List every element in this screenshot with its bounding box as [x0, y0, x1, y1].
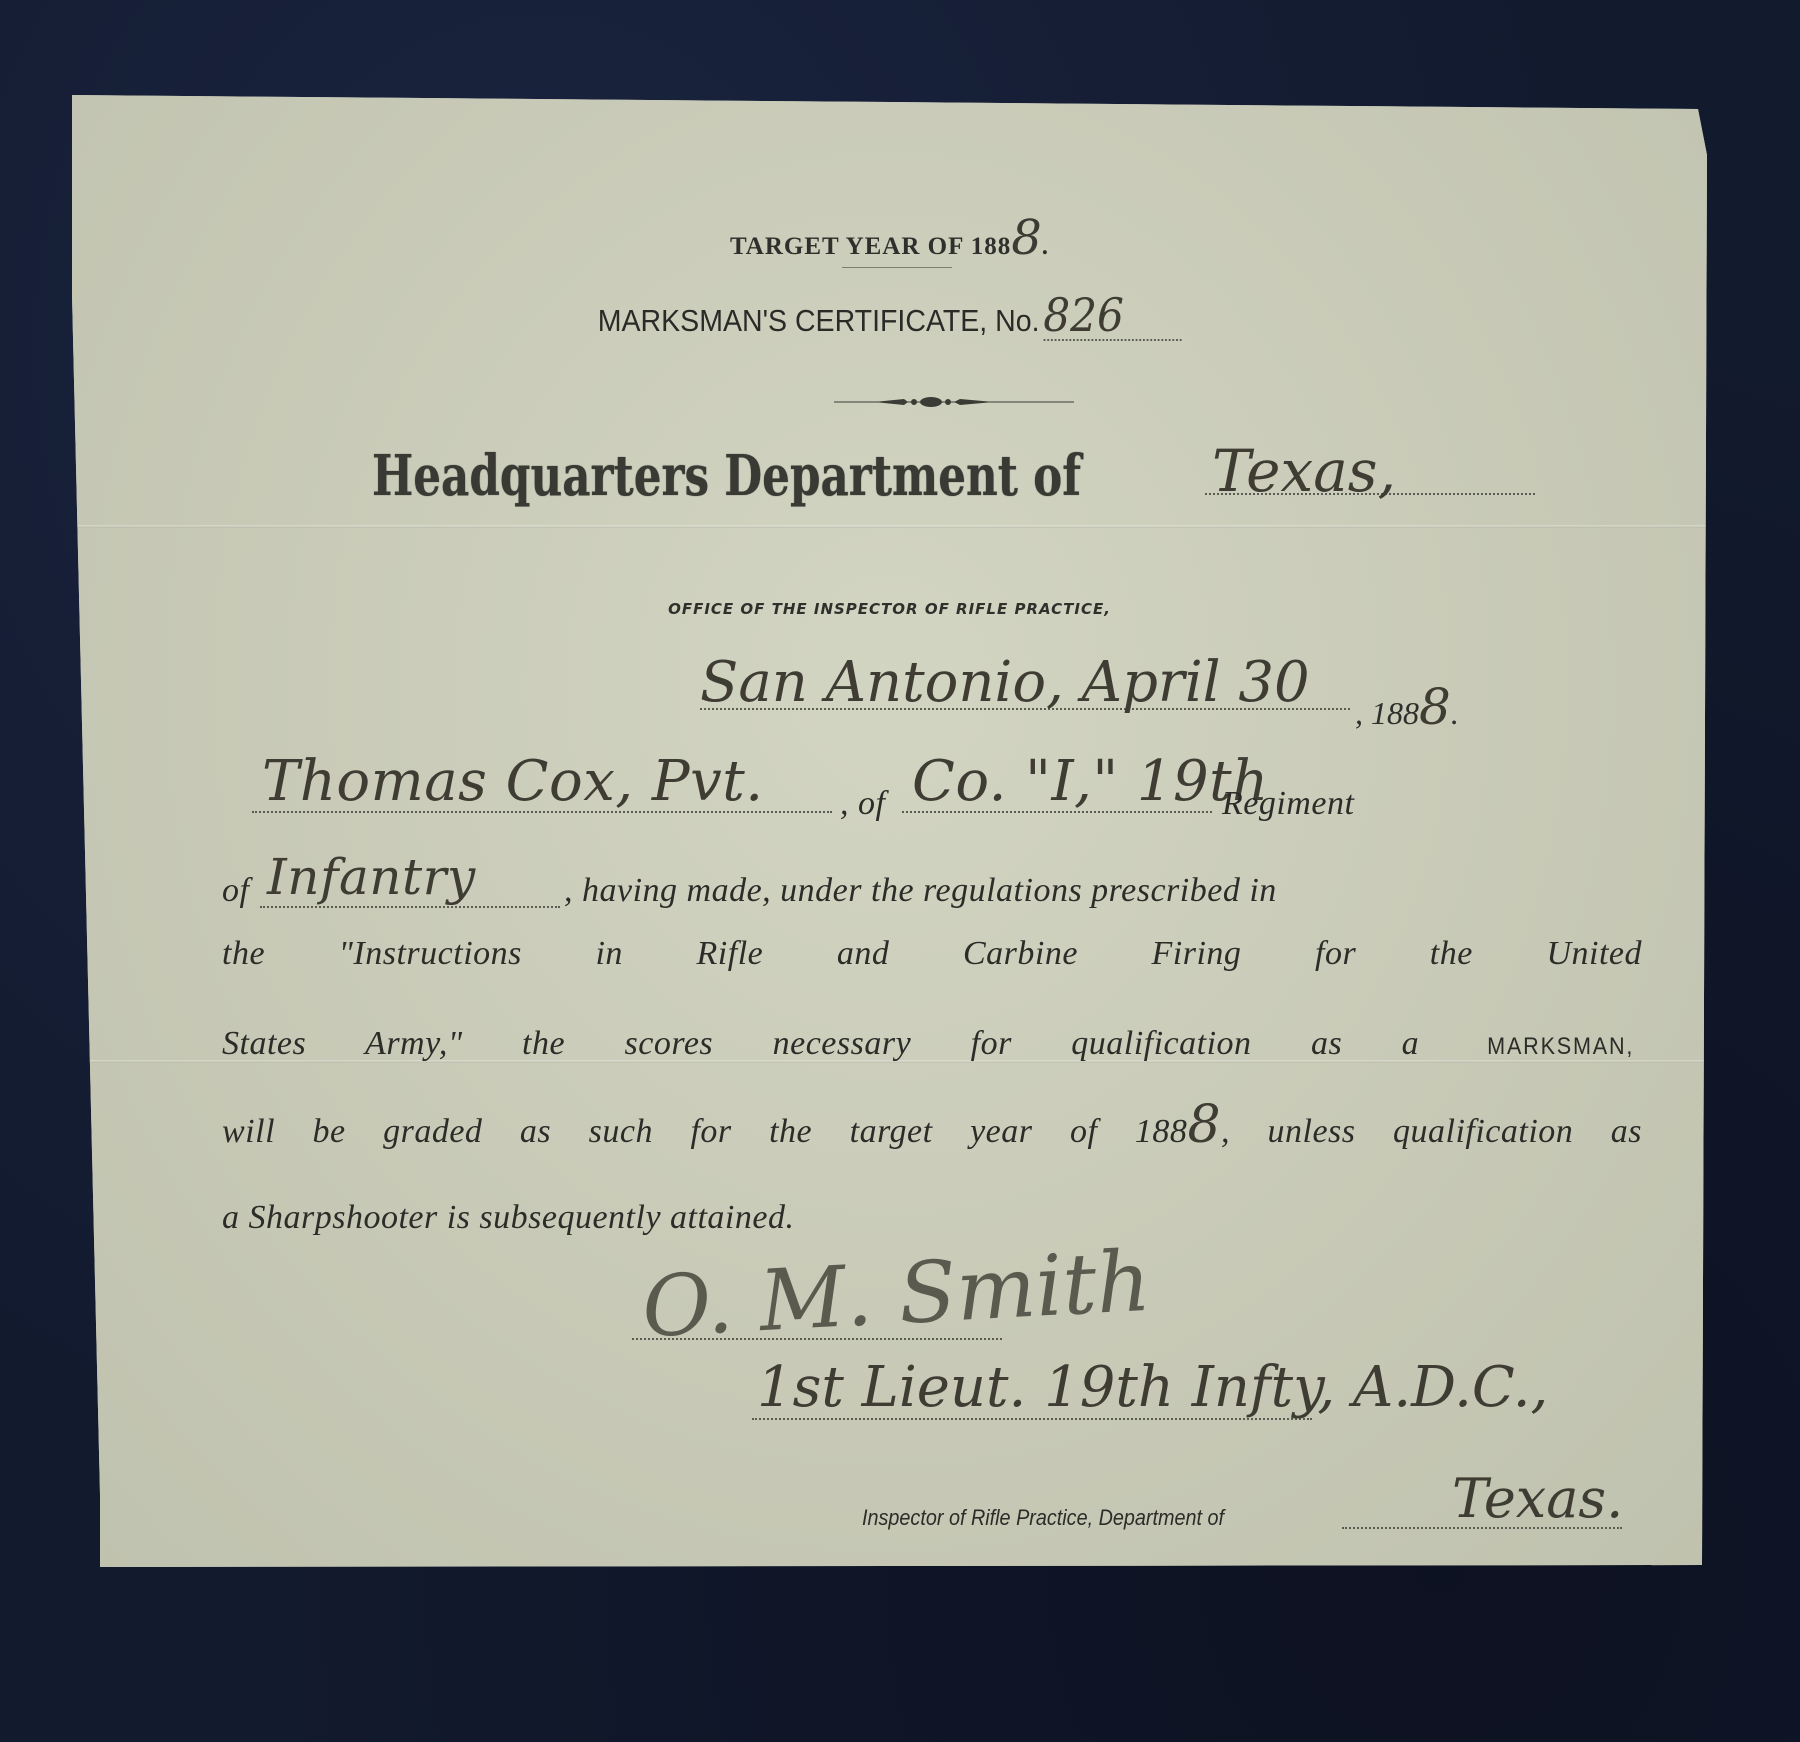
date-year: , 1888. [1355, 678, 1459, 736]
certificate-number: 826 [1043, 288, 1124, 342]
certificate-number-field: 826 [1043, 300, 1181, 341]
inspector-label: Inspector of Rifle Practice, Department … [862, 1505, 1224, 1531]
target-year-handwritten-digit: 8 [1011, 210, 1042, 266]
department-handwritten: Texas, [1212, 437, 1396, 505]
soldier-name: Thomas Cox, Pvt. [262, 749, 764, 814]
signature: O. M. Smith [640, 1232, 1153, 1356]
body-line: a Sharpshooter is subsequently attained. [222, 1199, 1642, 1237]
branch-field [260, 906, 560, 908]
marksman-label: MARKSMAN, [1487, 1033, 1634, 1061]
ornament-divider-icon [834, 395, 1074, 409]
certificate-paper: TARGET YEAR OF 1888. MARKSMAN'S CERTIFIC… [72, 95, 1707, 1567]
divider-rule [842, 267, 952, 268]
target-year-heading: TARGET YEAR OF 1888. [72, 210, 1707, 266]
headquarters-heading: Headquarters Department of [372, 443, 1081, 509]
signature-block: O. M. Smith 1st Lieut. 19th Infty, A.D.C… [632, 1255, 1692, 1555]
branch-handwritten: Infantry [267, 848, 476, 906]
office-subheading: OFFICE OF THE INSPECTOR OF RIFLE PRACTIC… [72, 600, 1707, 618]
body-line: the "Instructions in Rifle and Carbine F… [222, 935, 1642, 973]
branch-line: of Infantry , having made, under the reg… [222, 850, 1642, 920]
soldier-line: Thomas Cox, Pvt. , of Co. "I," 19th Regi… [222, 745, 1642, 825]
signer-rank: 1st Lieut. 19th Infty, A.D.C., [757, 1355, 1548, 1420]
body-line: States Army," the scores necessary for q… [222, 1025, 1642, 1063]
headquarters-line: Headquarters Department of Texas, [372, 443, 1552, 533]
date-handwritten: San Antonio, April 30 [700, 650, 1310, 715]
inspector-department: Texas. [1452, 1467, 1623, 1530]
date-line: San Antonio, April 30 , 1888. [700, 650, 1660, 730]
certificate-title: MARKSMAN'S CERTIFICATE, No.826 [137, 300, 1641, 341]
body-line: will be graded as such for the target ye… [222, 1113, 1642, 1151]
company-regiment: Co. "I," 19th [912, 749, 1269, 814]
